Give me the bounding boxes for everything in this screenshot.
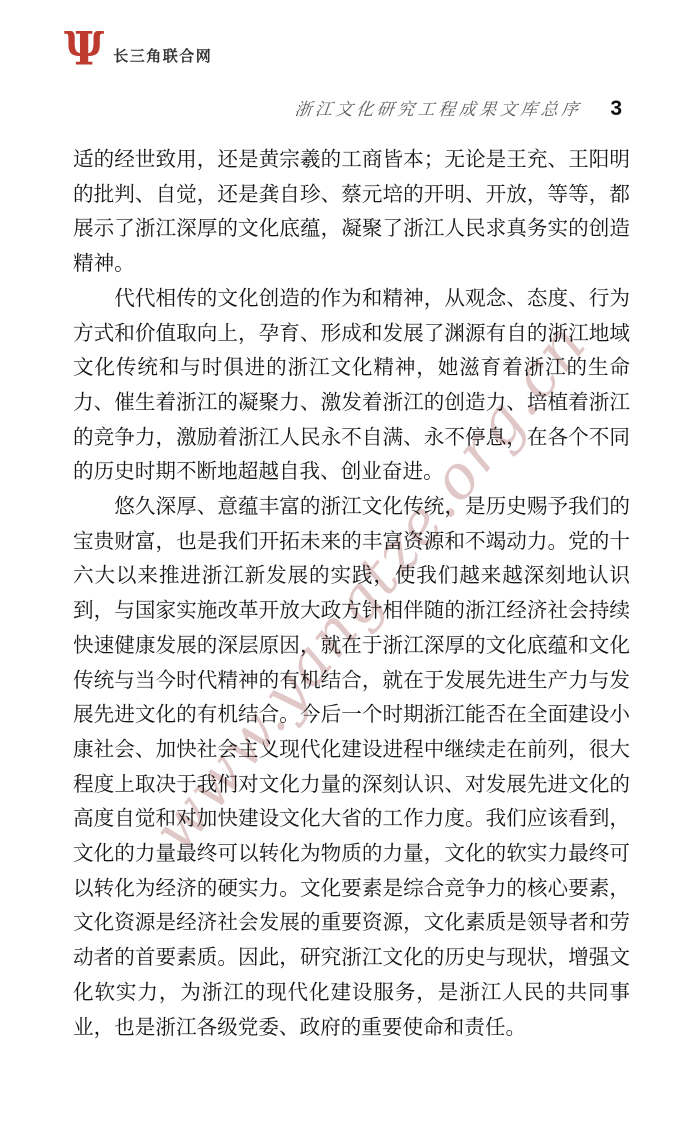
book-page: Ψ 长三角联合网 浙江文化研究工程成果文库总序 3 www.yangtze.or… bbox=[0, 0, 700, 1148]
logo-psi-icon: Ψ bbox=[64, 27, 104, 73]
page-number: 3 bbox=[610, 97, 622, 121]
logo-site-name: 长三角联合网 bbox=[113, 45, 212, 66]
paragraph: 适的经世致用，还是黄宗羲的工商皆本；无论是王充、王阳明的批判、自觉，还是龚自珍、… bbox=[73, 143, 630, 282]
site-logo: Ψ 长三角联合网 bbox=[64, 24, 212, 76]
running-header-title: 浙江文化研究工程成果文库总序 bbox=[294, 95, 584, 120]
paragraph: 悠久深厚、意蕴丰富的浙江文化传统，是历史赐予我们的宝贵财富，也是我们开拓未来的丰… bbox=[73, 490, 630, 1045]
paragraph: 代代相传的文化创造的作为和精神，从观念、态度、行为方式和价值取向上，孕育、形成和… bbox=[73, 282, 630, 490]
body-text: 适的经世致用，还是黄宗羲的工商皆本；无论是王充、王阳明的批判、自觉，还是龚自珍、… bbox=[73, 143, 630, 1045]
running-header: 浙江文化研究工程成果文库总序 3 bbox=[295, 95, 622, 121]
